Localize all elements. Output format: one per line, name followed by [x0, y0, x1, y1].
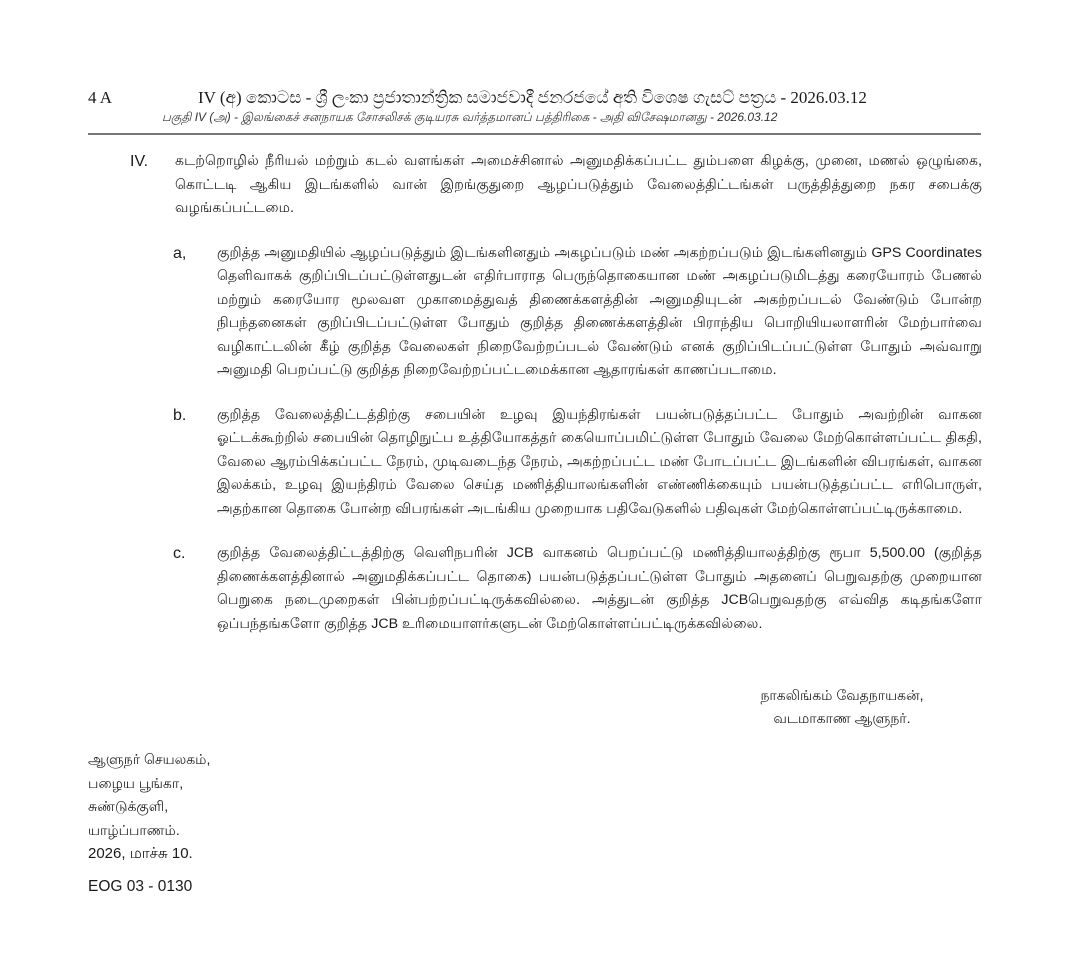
item-text: குறித்த அனுமதியில் ஆழப்படுத்தும் இடங்களி… — [217, 242, 982, 383]
gazette-title-tamil: பகுதி IV (அ) - இலங்கைச் சனநாயக சோசலிசக் … — [162, 110, 962, 126]
signature-block: நாகலிங்கம் வேதநாயகன், வடமாகாண ஆளுநர். — [712, 684, 972, 730]
item-text: குறித்த வேலைத்திட்டத்திற்கு சபையின் உழவு… — [217, 404, 982, 522]
page-number: 4 A — [88, 88, 112, 108]
address-line: சுண்டுக்குளி, — [88, 795, 210, 819]
signatory-name: நாகலிங்கம் வேதநாயகன், — [712, 684, 972, 707]
list-item: c. குறித்த வேலைத்திட்டத்திற்கு வெளிநபரின… — [130, 542, 982, 636]
section-iv: IV. கடற்றொழில் நீரியல் மற்றும் கடல் வளங்… — [130, 150, 982, 636]
list-item: a, குறித்த அனுமதியில் ஆழப்படுத்தும் இடங்… — [130, 242, 982, 383]
section-numeral: IV. — [130, 150, 175, 221]
address-line: பழைய பூங்கா, — [88, 772, 210, 796]
address-block: ஆளுநர் செயலகம், பழைய பூங்கா, சுண்டுக்குள… — [88, 748, 210, 866]
address-line: யாழ்ப்பாணம். — [88, 819, 210, 843]
item-label: c. — [130, 542, 217, 636]
address-line: ஆளுநர் செயலகம், — [88, 748, 210, 772]
header-divider — [88, 133, 981, 135]
issue-date: 2026, மாச்சு 10. — [88, 842, 210, 866]
item-label: a, — [130, 242, 217, 383]
signatory-title: வடமாகாண ஆளுநர். — [712, 707, 972, 730]
gazette-title-sinhala: IV (අ) කොටස - ශ්‍රී ලංකා ප්‍රජාතාන්ත්‍රි… — [198, 88, 978, 108]
list-item: b. குறித்த வேலைத்திட்டத்திற்கு சபையின் உ… — [130, 404, 982, 522]
item-label: b. — [130, 404, 217, 522]
section-heading-text: கடற்றொழில் நீரியல் மற்றும் கடல் வளங்கள் … — [175, 150, 982, 221]
reference-code: EOG 03 - 0130 — [88, 878, 192, 896]
item-text: குறித்த வேலைத்திட்டத்திற்கு வெளிநபரின் J… — [217, 542, 982, 636]
